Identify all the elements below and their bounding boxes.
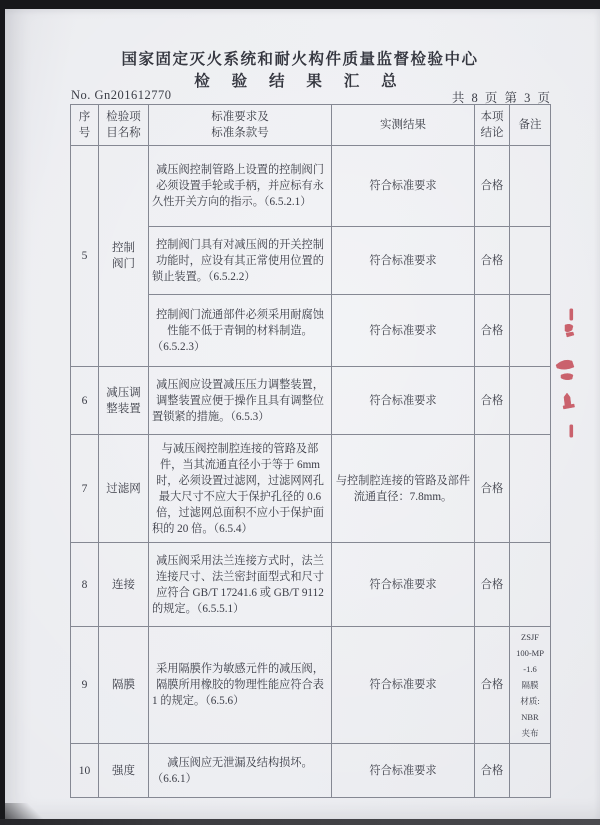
seq-cell: 6 <box>71 367 99 435</box>
col-header-seq: 序 号 <box>71 105 99 146</box>
remark-cell <box>510 227 551 295</box>
report-number: No. Gn201612770 <box>71 88 172 103</box>
requirement-cell: 控制阀门流通部件必须采用耐腐蚀性能不低于青铜的材料制造。（6.5.2.3） <box>149 295 332 367</box>
table-row: 8 连接 减压阀采用法兰连接方式时，法兰连接尺寸、法兰密封面型式和尺寸应符合 G… <box>71 543 551 627</box>
remark-cell <box>510 295 551 367</box>
seq-cell: 8 <box>71 543 99 627</box>
result-cell: 符合标准要求 <box>332 146 475 227</box>
remark-cell <box>510 744 551 798</box>
item-cell: 隔膜 <box>99 627 149 744</box>
item-cell: 过滤网 <box>99 435 149 543</box>
col-header-result: 实测结果 <box>332 105 475 146</box>
requirement-cell: 控制阀门具有对减压阀的开关控制功能时，应设有其正常使用位置的锁止装置。（6.5.… <box>149 227 332 295</box>
table-row: 9 隔膜 采用隔膜作为敏感元件的减压阀，隔膜所用橡胶的物理性能应符合表 1 的规… <box>71 627 551 744</box>
remark-cell <box>510 146 551 227</box>
remark-cell: ZSJF 100-MP -1.6 隔膜 材质: NBR 夹布 <box>510 627 551 744</box>
organization-title: 国家固定灭火系统和耐火构件质量监督检验中心 <box>0 47 600 69</box>
conclusion-cell: 合格 <box>475 543 510 627</box>
conclusion-cell: 合格 <box>475 744 510 798</box>
result-cell: 符合标准要求 <box>332 744 475 798</box>
seq-cell: 5 <box>71 146 99 367</box>
conclusion-cell: 合格 <box>475 367 510 435</box>
col-header-item: 检验项 目名称 <box>99 105 149 146</box>
requirement-cell: 减压阀应设置减压压力调整装置，调整装置应便于操作且具有调整位置锁紧的措施。（6.… <box>149 367 332 435</box>
seq-cell: 9 <box>71 627 99 744</box>
result-cell: 符合标准要求 <box>332 227 475 295</box>
item-cell: 减压调 整装置 <box>99 367 149 435</box>
requirement-cell: 减压阀采用法兰连接方式时，法兰连接尺寸、法兰密封面型式和尺寸应符合 GB/T 1… <box>149 543 332 627</box>
requirement-cell: 与减压阀控制腔连接的管路及部件，当其流通直径小于等于 6mm 时，必须设置过滤网… <box>149 435 332 543</box>
paper-sheet: 国家固定灭火系统和耐火构件质量监督检验中心 检 验 结 果 汇 总 No. Gn… <box>5 9 600 820</box>
result-cell: 与控制腔连接的管路及部件流通直径：7.8mm。 <box>332 435 475 543</box>
table-row: 7 过滤网 与减压阀控制腔连接的管路及部件，当其流通直径小于等于 6mm 时，必… <box>71 435 551 543</box>
photo-edge-bottom <box>0 819 600 825</box>
result-cell: 符合标准要求 <box>332 543 475 627</box>
table-row: 6 减压调 整装置 减压阀应设置减压压力调整装置，调整装置应便于操作且具有调整位… <box>71 367 551 435</box>
scanned-report-photo: { "colors":{"stamp_red":"#c44a56","paper… <box>0 0 600 825</box>
remark-cell <box>510 435 551 543</box>
col-header-requirement: 标准要求及 标准条款号 <box>149 105 332 146</box>
conclusion-cell: 合格 <box>475 295 510 367</box>
remark-cell <box>510 543 551 627</box>
conclusion-cell: 合格 <box>475 146 510 227</box>
table-row: 10 强度 减压阀应无泄漏及结构损坏。（6.6.1） 符合标准要求 合格 <box>71 744 551 798</box>
seq-cell: 7 <box>71 435 99 543</box>
requirement-cell: 采用隔膜作为敏感元件的减压阀，隔膜所用橡胶的物理性能应符合表 1 的规定。（6.… <box>149 627 332 744</box>
requirement-cell: 减压阀应无泄漏及结构损坏。（6.6.1） <box>149 744 332 798</box>
inspection-results-table: 序 号 检验项 目名称 标准要求及 标准条款号 实测结果 本项 结论 备注 5 … <box>70 104 551 798</box>
result-cell: 符合标准要求 <box>332 295 475 367</box>
result-cell: 符合标准要求 <box>332 367 475 435</box>
table-row: 5 控制 阀门 减压阀控制管路上设置的控制阀门必须设置手轮或手柄，并应标有永久性… <box>71 146 551 227</box>
result-cell: 符合标准要求 <box>332 627 475 744</box>
col-header-remark: 备注 <box>510 105 551 146</box>
red-handwriting-mark <box>550 303 580 443</box>
conclusion-cell: 合格 <box>475 627 510 744</box>
table-header-row: 序 号 检验项 目名称 标准要求及 标准条款号 实测结果 本项 结论 备注 <box>71 105 551 146</box>
item-cell: 强度 <box>99 744 149 798</box>
item-cell: 控制 阀门 <box>99 146 149 367</box>
conclusion-cell: 合格 <box>475 227 510 295</box>
conclusion-cell: 合格 <box>475 435 510 543</box>
requirement-cell: 减压阀控制管路上设置的控制阀门必须设置手轮或手柄，并应标有永久性开关方向的指示。… <box>149 146 332 227</box>
seq-cell: 10 <box>71 744 99 798</box>
remark-cell <box>510 367 551 435</box>
col-header-conclusion: 本项 结论 <box>475 105 510 146</box>
item-cell: 连接 <box>99 543 149 627</box>
